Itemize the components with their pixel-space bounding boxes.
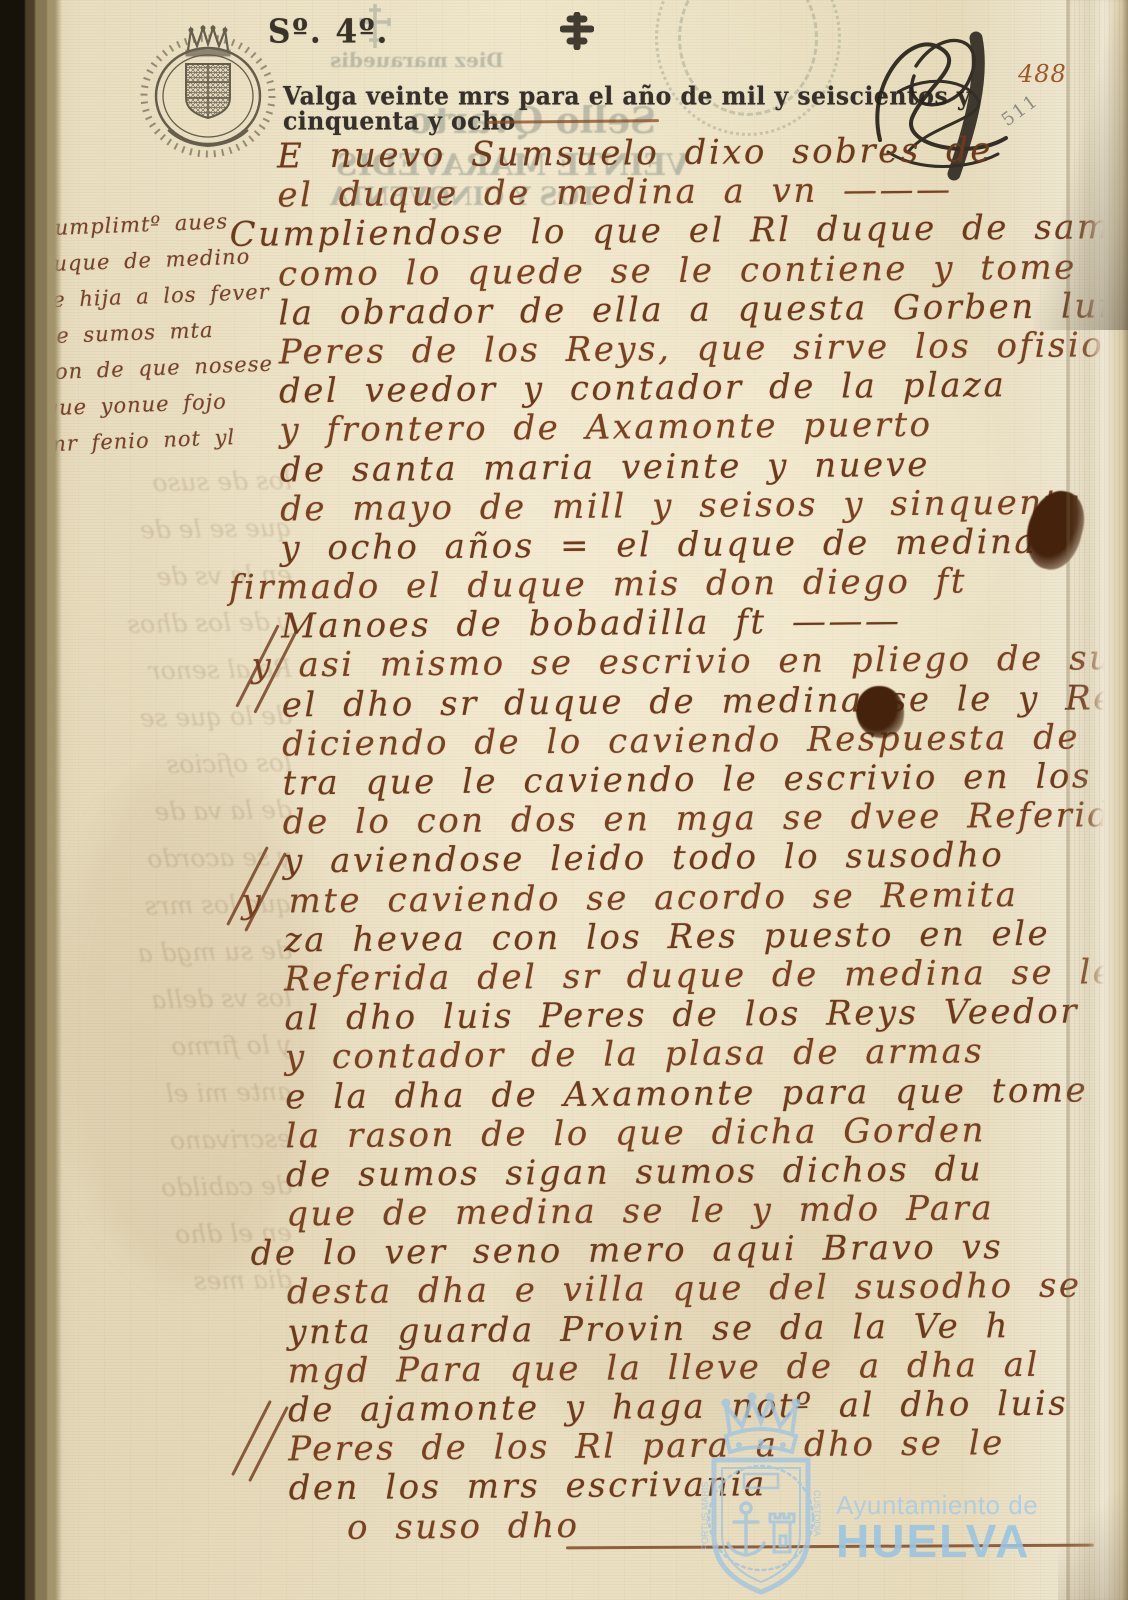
- bleedthrough-line: de la va de: [52, 795, 293, 846]
- seal-class-label: Sº. 4º.: [268, 13, 389, 51]
- bleedthrough-line: y lo firmo: [52, 1030, 293, 1081]
- watermark-motto-right: CUSTODIA: [812, 1490, 822, 1536]
- royal-arms-stamp: [138, 20, 278, 160]
- watermark-org-city: HUELVA: [836, 1514, 1030, 1568]
- castle-icon: [770, 1514, 794, 1552]
- bleedthrough-line: de su mgd a: [52, 936, 293, 987]
- page-crease: [1067, 0, 1070, 1600]
- bleedthrough-line: los de suso: [52, 466, 293, 517]
- ink-blot: [856, 686, 904, 738]
- body-text: E nuevo Sumsuelo dixo sobres deel duque …: [277, 131, 1079, 1549]
- printed-tax-line-2: cinquenta y ocho: [283, 106, 516, 136]
- bleedthrough-line: ante mi el: [52, 1077, 293, 1128]
- page-corner-shadow-top: [1033, 0, 1128, 330]
- watermark-motto-left: PORTUS MARIS: [700, 1482, 710, 1550]
- bleedthrough-line: escrivano: [52, 1124, 293, 1175]
- anchor-icon: [728, 1503, 764, 1555]
- manuscript-line: firmado el duque mis don diego ft: [229, 562, 1071, 609]
- bleedthrough-line: los vs della: [52, 983, 293, 1034]
- paragraph-slash: [248, 1406, 289, 1482]
- bleedthrough-line: los oficios: [52, 748, 293, 799]
- huelva-watermark-shield: PORTUS MARIS CUSTODIA: [686, 1390, 836, 1600]
- binding-edge: [0, 0, 62, 1600]
- bleedthrough-line: de cabildo: [52, 1171, 293, 1222]
- manuscript-page: Diez marauedis Sello Qvarto VEINTE MARAV…: [0, 0, 1128, 1600]
- manuscript-line: del veedor y contador de la plaza: [279, 366, 1069, 412]
- margin-note-line: mr fenio not yl: [46, 424, 277, 469]
- cross-mark-ink: [560, 12, 594, 50]
- manuscript-line: Peres de los Rl para a dho se le: [288, 1424, 1078, 1470]
- bleedthrough-line: que se le de: [52, 513, 293, 564]
- manuscript-line: y frontero de Axamonte puerto: [279, 405, 1069, 451]
- crown-icon: [722, 1393, 800, 1452]
- paragraph-slash: [231, 1400, 272, 1476]
